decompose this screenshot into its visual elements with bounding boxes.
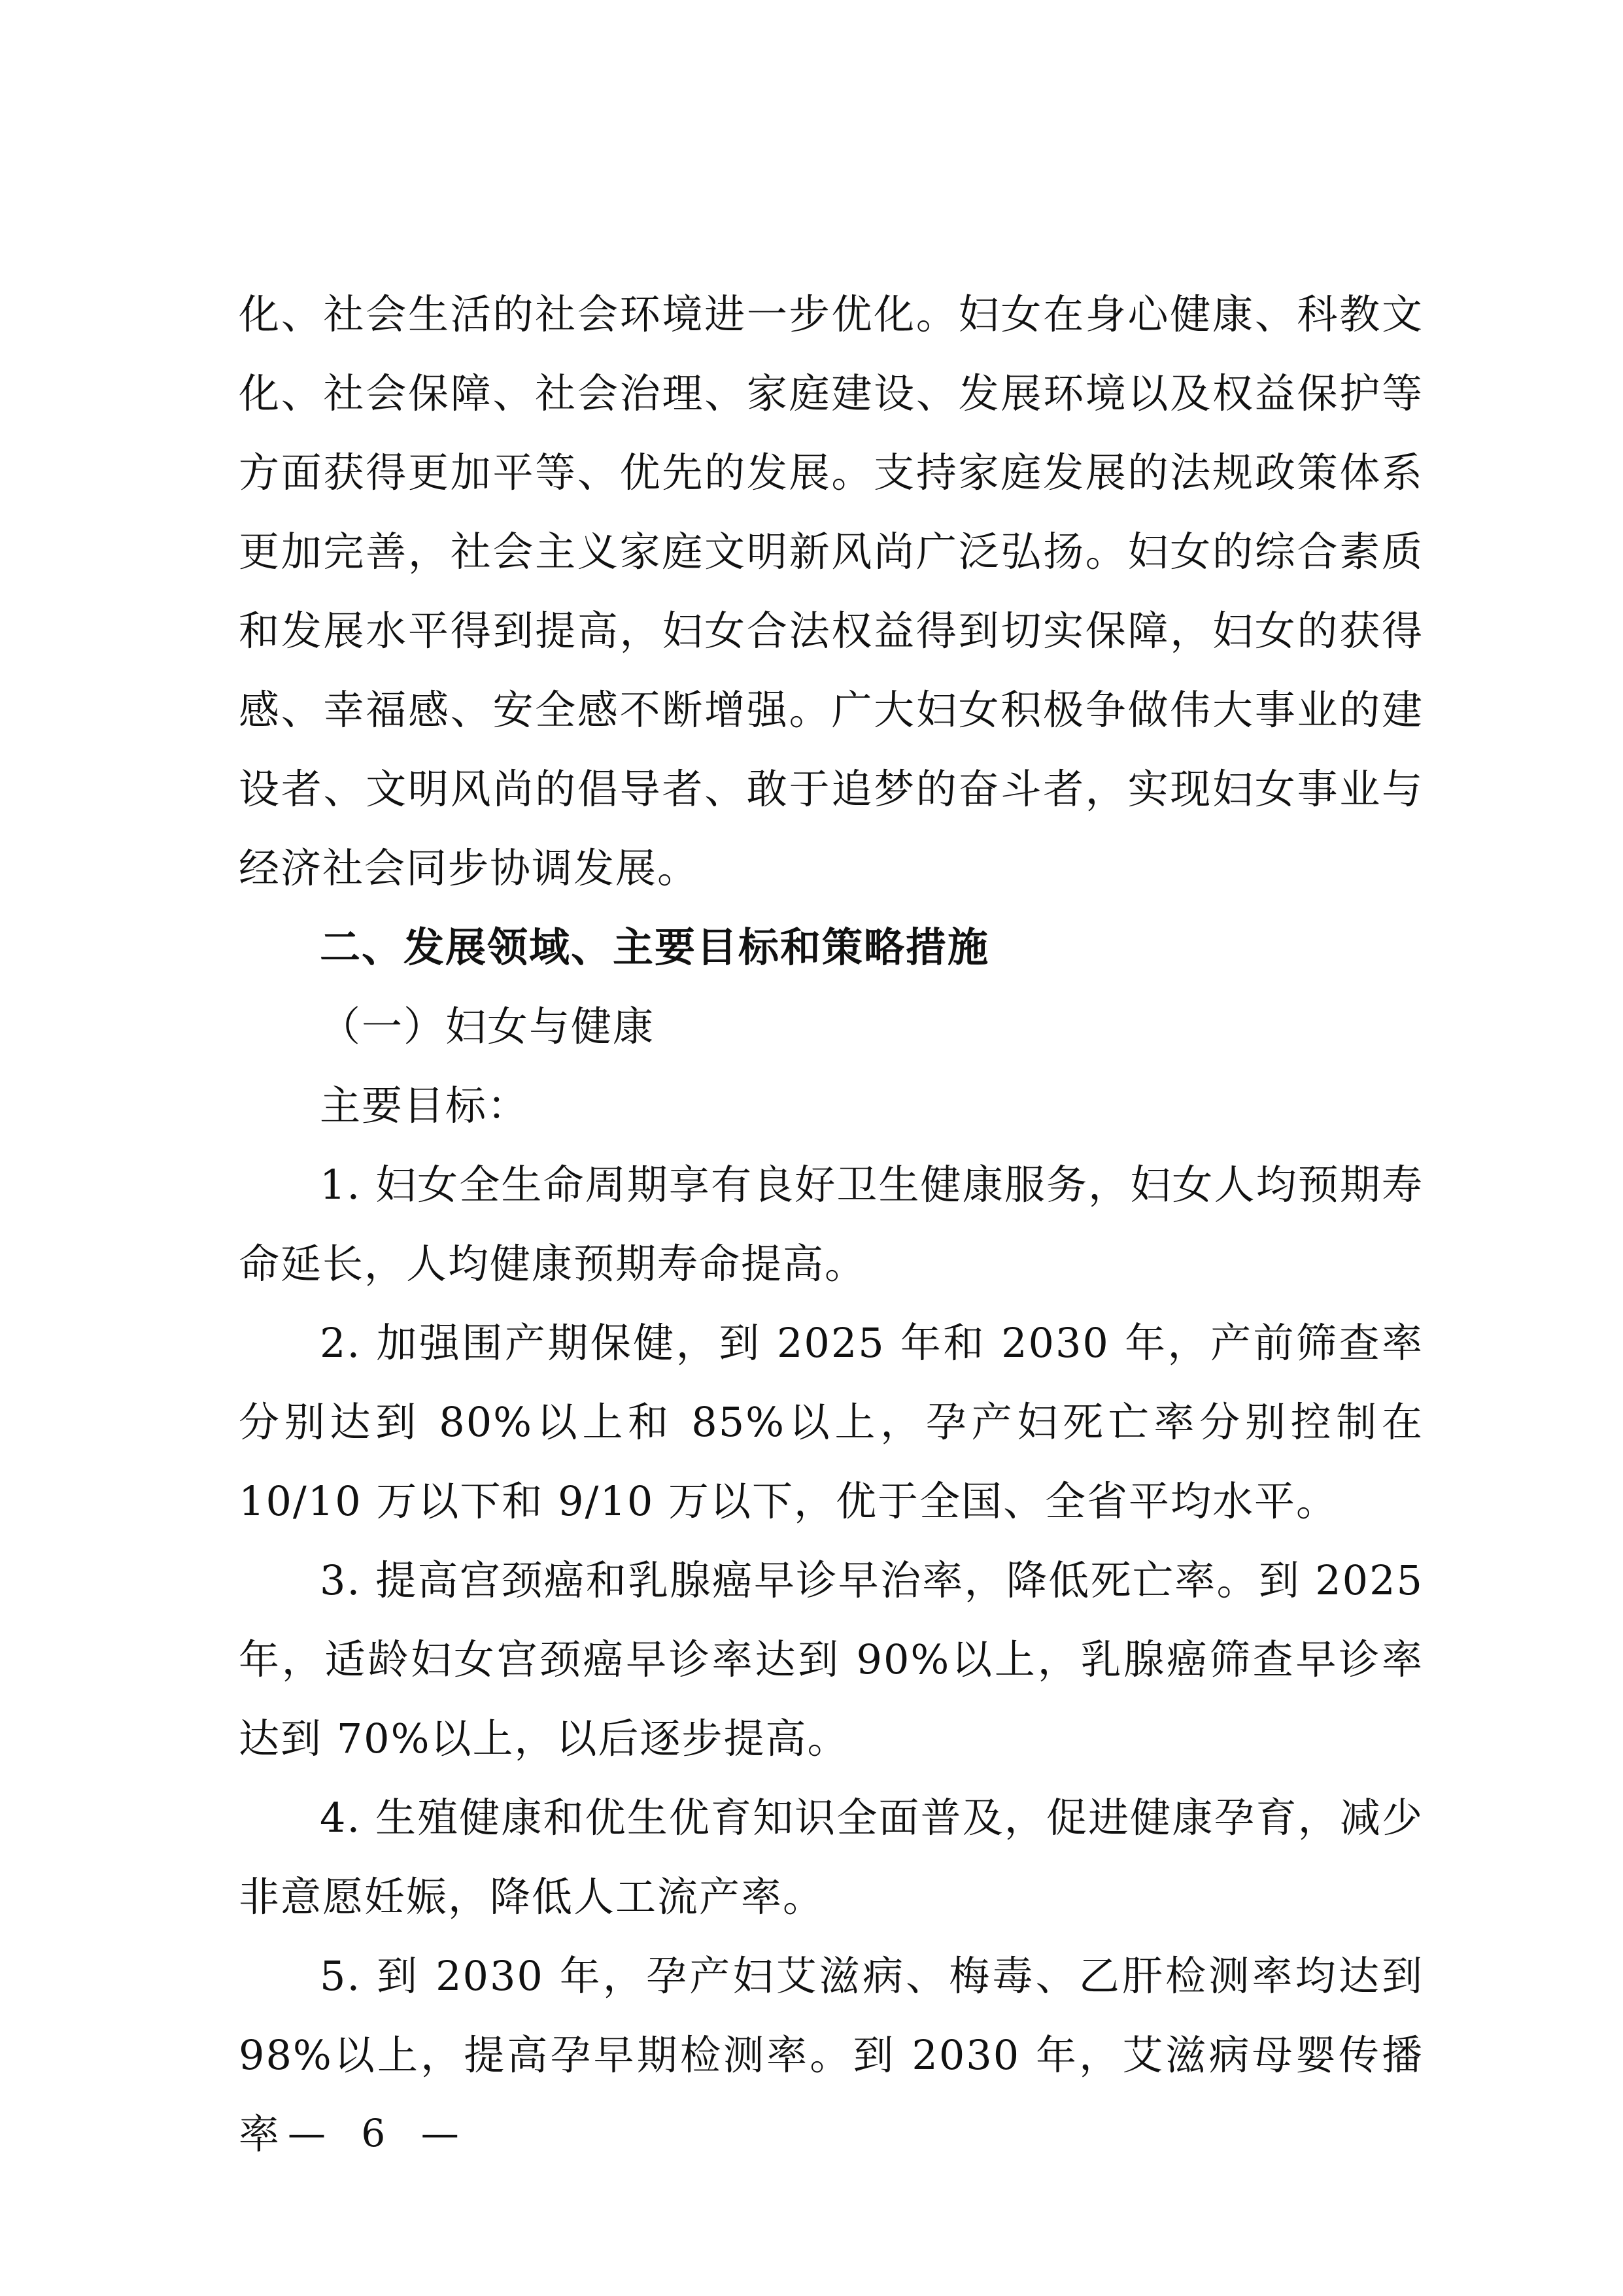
goal-item-4: 4. 生殖健康和优生优育知识全面普及，促进健康孕育，减少非意愿妊娠，降低人工流产… [239,1778,1424,1936]
section-heading: 二、发展领域、主要目标和策略措施 [239,908,1424,987]
goals-label: 主要目标： [239,1066,1424,1145]
goal-item-2: 2. 加强围产期保健，到 2025 年和 2030 年，产前筛查率分别达到 80… [239,1303,1424,1541]
goal-item-1: 1. 妇女全生命周期享有良好卫生健康服务，妇女人均预期寿命延长，人均健康预期寿命… [239,1145,1424,1303]
page-number: — 6 — [288,2111,471,2155]
subsection-heading: （一）妇女与健康 [239,987,1424,1066]
document-body: 化、社会生活的社会环境进一步优化。妇女在身心健康、科教文化、社会保障、社会治理、… [239,275,1424,2174]
document-page: 化、社会生活的社会环境进一步优化。妇女在身心健康、科教文化、社会保障、社会治理、… [0,0,1623,2296]
paragraph-continued: 化、社会生活的社会环境进一步优化。妇女在身心健康、科教文化、社会保障、社会治理、… [239,275,1424,908]
goal-item-3: 3. 提高宫颈癌和乳腺癌早诊早治率，降低死亡率。到 2025 年，适龄妇女宫颈癌… [239,1541,1424,1778]
